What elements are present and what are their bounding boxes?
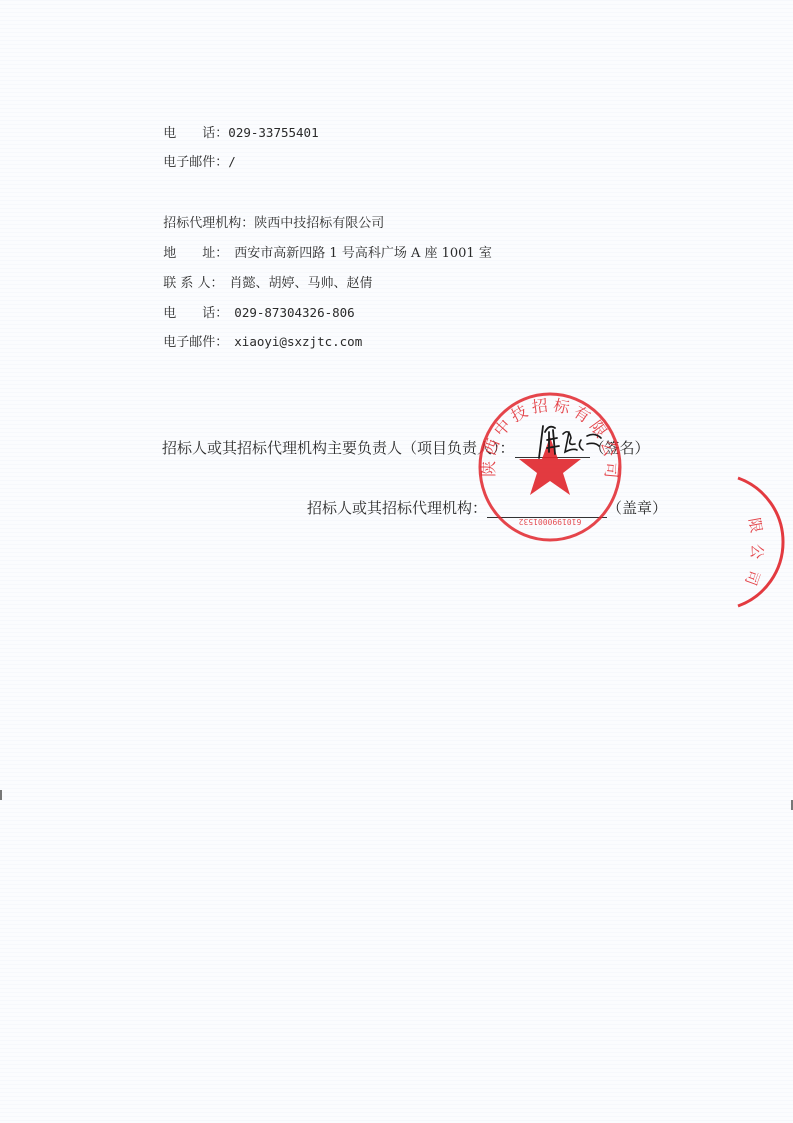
principal-suffix: （签名）	[590, 439, 650, 457]
agency-email: xiaoyi@sxzjtc.com	[234, 334, 362, 349]
edge-seal-char: 限	[745, 516, 765, 534]
tenderer-email: /	[228, 154, 236, 169]
edge-seal-stamp: 限 公 司	[720, 470, 793, 615]
agency-email-row: 电子邮件：xiaoyi@sxzjtc.com	[155, 318, 362, 351]
agency-contact-row: 联 系 人：肖懿、胡婷、马帅、赵倩	[155, 260, 373, 292]
address-label-char1: 地	[163, 246, 176, 261]
scan-edge-mark	[0, 790, 2, 800]
agency-name-row: 招标代理机构：陕西中技招标有限公司	[155, 200, 384, 232]
agency-name: 陕西中技招标有限公司	[254, 216, 384, 231]
signature-blank	[515, 441, 590, 458]
seal-blank	[487, 501, 607, 518]
agency-seal-label: 招标人或其招标代理机构：	[307, 499, 487, 517]
seal-number: 6101990001532	[519, 517, 582, 526]
edge-seal-char: 公	[747, 543, 766, 560]
agency-address: 西安市高新四路 1 号高科广场 A 座 1001 室	[234, 246, 492, 261]
email-label: 电子邮件：	[163, 155, 228, 170]
email-label: 电子邮件：	[163, 335, 228, 350]
scan-background	[0, 0, 793, 1123]
principal-signature-row: 招标人或其招标代理机构主要负责人（项目负责人）：（签名）	[162, 438, 650, 458]
agency-address-row: 地址：西安市高新四路 1 号高科广场 A 座 1001 室	[155, 230, 492, 262]
tenderer-email-row: 电子邮件：/	[155, 138, 236, 171]
agency-seal-suffix: （盖章）	[607, 499, 667, 517]
principal-label: 招标人或其招标代理机构主要负责人（项目负责人）：	[162, 439, 515, 457]
agency-name-label: 招标代理机构：	[163, 216, 254, 231]
agency-seal-row: 招标人或其招标代理机构：（盖章）	[307, 498, 667, 518]
tenderer-phone: 029-33755401	[228, 125, 318, 140]
edge-seal-char: 司	[741, 568, 763, 588]
address-label-char2: 址：	[202, 246, 228, 261]
company-seal-stamp: 陕西中技招标有限公司 6101990001532	[475, 385, 625, 545]
